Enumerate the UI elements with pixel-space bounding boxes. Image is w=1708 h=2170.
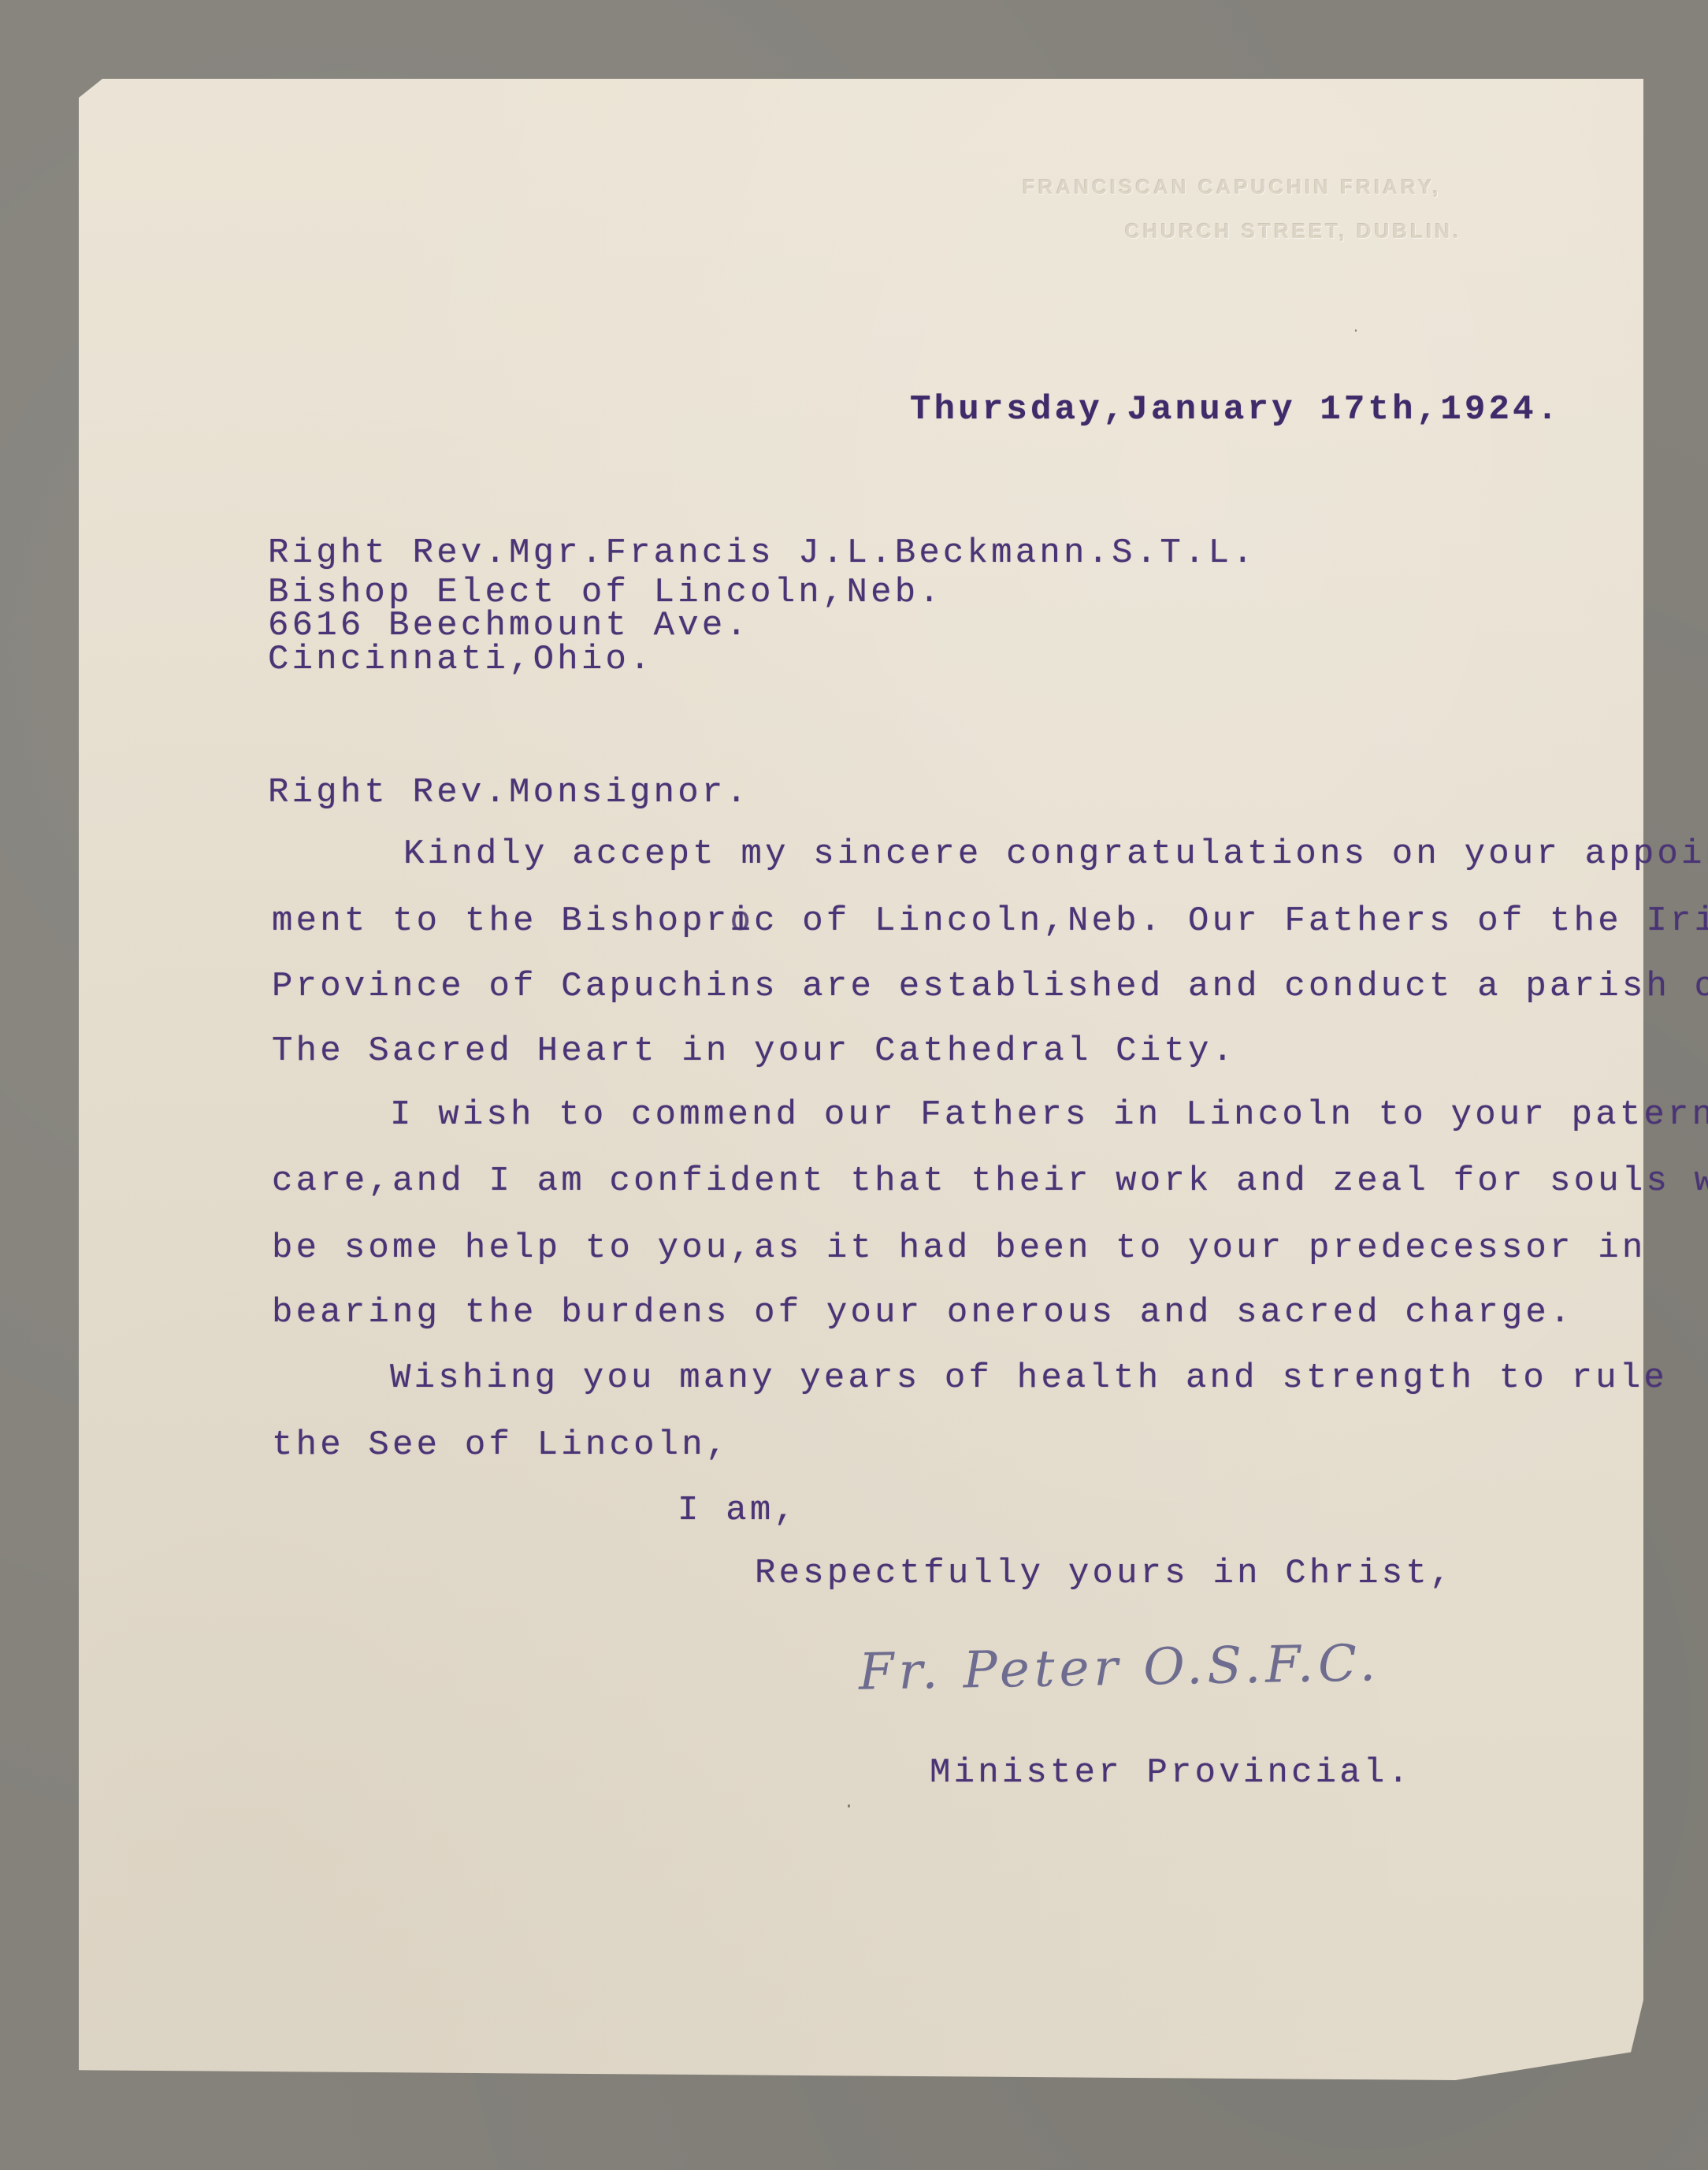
letterhead-line-1: FRANCISCAN CAPUCHIN FRIARY,	[1023, 175, 1442, 199]
body-p1-line-3: Province of Capuchins are established an…	[272, 969, 1708, 1004]
recipient-street: 6616 Beechmount Ave.	[268, 608, 750, 643]
salutation: Right Rev.Monsignor.	[268, 775, 750, 810]
body-p1-line-1: Kindly accept my sincere congratulations…	[403, 837, 1708, 871]
body-p2-line-2: care,and I am confident that their work …	[272, 1164, 1708, 1198]
body-p3-line-1: Wishing you many years of health and str…	[390, 1361, 1668, 1395]
closing-respectfully: Respectfully yours in Christ,	[755, 1556, 1454, 1591]
signatory-title: Minister Provincial.	[930, 1756, 1412, 1790]
body-p2-line-3: be some help to you,as it had been to yo…	[272, 1231, 1646, 1265]
letterhead-line-2: CHURCH STREET, DUBLIN.	[1125, 219, 1461, 243]
paper-speck	[1355, 329, 1357, 332]
paper-speck	[848, 1804, 850, 1808]
text-segment: ment to the Bishopr	[272, 901, 730, 941]
closing-i-am: I am,	[678, 1493, 798, 1528]
recipient-city: Cincinnati,Ohio.	[268, 642, 654, 677]
text-segment: c of Lincoln,Neb. Our Fathers of the Iri…	[754, 901, 1708, 941]
recipient-title: Bishop Elect of Lincoln,Neb.	[268, 575, 943, 610]
recipient-name: Right Rev.Mgr.Francis J.L.Beckmann.S.T.L…	[268, 536, 1257, 570]
body-p1-line-4: The Sacred Heart in your Cathedral City.	[272, 1034, 1236, 1068]
overstruck-letter: i	[730, 904, 754, 938]
body-p2-line-1: I wish to commend our Fathers in Lincoln…	[390, 1098, 1708, 1132]
body-p1-line-2: ment to the Bishopric of Lincoln,Neb. Ou…	[272, 904, 1708, 938]
handwritten-signature: Fr. Peter O.S.F.C.	[858, 1634, 1380, 1702]
body-p2-line-4: bearing the burdens of your onerous and …	[272, 1295, 1574, 1330]
body-p3-line-2: the See of Lincoln,	[272, 1428, 730, 1462]
letter-date: Thursday,January 17th,1924.	[910, 392, 1561, 427]
